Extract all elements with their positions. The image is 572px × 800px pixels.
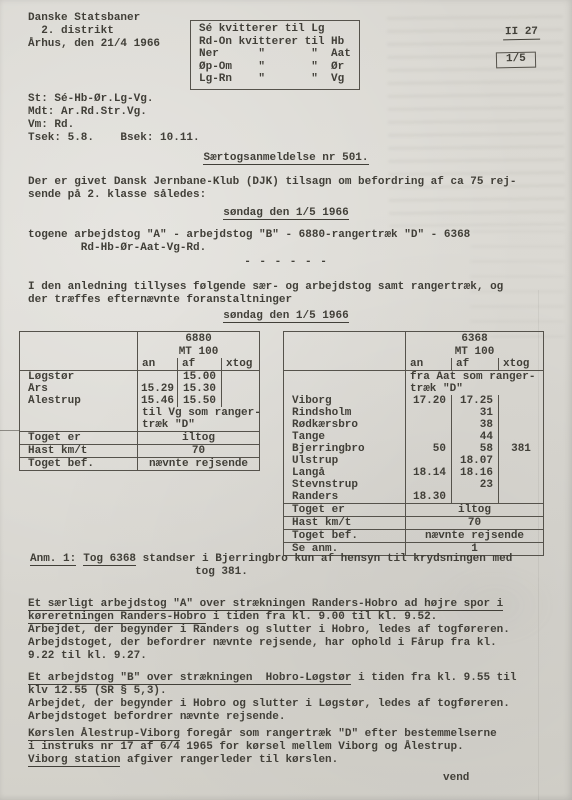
timetable-header-row: 6880 bbox=[20, 332, 260, 345]
column-header-xtog: xtog bbox=[222, 358, 260, 371]
timetable-row-station: Løgstør15.00 bbox=[20, 371, 260, 384]
station-name: Løgstør bbox=[20, 371, 138, 384]
timetable-row-station: Ålestrup15.4615.50 bbox=[20, 395, 260, 407]
train-unit: MT 100 bbox=[406, 345, 544, 358]
crossing-train bbox=[499, 395, 544, 407]
note-blank-cell bbox=[20, 419, 138, 432]
letterhead-district: 2. distrikt bbox=[28, 25, 160, 38]
timetable-row-meta: Toget eriltog bbox=[284, 504, 544, 517]
timetable-row-meta: Toget bef.nævnte rejsende bbox=[284, 530, 544, 543]
meta-value: nævnte rejsende bbox=[138, 458, 260, 471]
departure-time: 18.07 bbox=[452, 455, 499, 467]
timetable-row-note: træk "D" bbox=[284, 383, 544, 395]
station-name: Langå bbox=[284, 467, 406, 479]
intro-paragraph: Der er givet Dansk Jernbane-Klub (DJK) t… bbox=[28, 176, 516, 202]
column-header-an: an bbox=[406, 358, 452, 371]
timetable-row-note: træk "D" bbox=[20, 419, 260, 432]
meta-label: Toget er bbox=[284, 504, 406, 517]
paragraph-line: køreretningen Randers-Hobro i tiden fra … bbox=[28, 611, 510, 624]
crossing-train bbox=[222, 383, 260, 395]
paragraph-line: Et arbejdstog "B" over strækningen Hobro… bbox=[28, 672, 516, 685]
arrival-time: 15.29 bbox=[138, 383, 178, 395]
train-unit: MT 100 bbox=[138, 345, 260, 358]
train-list: togene arbejdstog "A" - arbejdstog "B" -… bbox=[28, 229, 470, 255]
departure-time: 15.30 bbox=[178, 383, 222, 395]
meta-value: iltog bbox=[406, 504, 544, 517]
doc-number-text: II 27 bbox=[503, 26, 540, 41]
underlined-text: Et arbejdstog "B" over strækningen Hobro… bbox=[28, 672, 351, 685]
timetable-row-station: Bjerringbro5058381 bbox=[284, 443, 544, 455]
letterhead-place-date: Århus, den 21/4 1966 bbox=[28, 38, 160, 51]
arrival-time: 50 bbox=[406, 443, 452, 455]
remark-line: Anm. 1:Tog 6368 standser i Bjerringbro k… bbox=[30, 553, 512, 566]
timetable-6880: 6880 MT 100 an af xtog Løgstør15.00Års15… bbox=[19, 331, 260, 471]
scan-artifact-line bbox=[0, 430, 19, 431]
crossing-train bbox=[499, 407, 544, 419]
date-heading: søndag den 1/5 1966 bbox=[0, 310, 572, 323]
page-number-text: 1/5 bbox=[506, 53, 526, 65]
header-blank-cell bbox=[284, 332, 406, 345]
receipt-line: Øp-Om " " Ør bbox=[199, 61, 351, 74]
timetable-row-note: fra Aat som ranger- bbox=[284, 371, 544, 384]
crossing-train bbox=[499, 479, 544, 491]
meta-value: 70 bbox=[138, 445, 260, 458]
underlined-text: Viborg station bbox=[28, 754, 120, 767]
arrival-time bbox=[406, 455, 452, 467]
timetable-row-station: Randers18.30 bbox=[284, 491, 544, 504]
timetable-column-row: an af xtog bbox=[284, 358, 544, 371]
departure-time: 31 bbox=[452, 407, 499, 419]
route-note: træk "D" bbox=[406, 383, 544, 395]
crossing-train bbox=[499, 431, 544, 443]
arrival-time: 18.14 bbox=[406, 467, 452, 479]
timetable-row-station: Års15.2915.30 bbox=[20, 383, 260, 395]
note-blank-cell bbox=[20, 407, 138, 419]
letterhead: Danske Statsbaner 2. distrikt Århus, den… bbox=[28, 12, 160, 51]
station-name: Ulstrup bbox=[284, 455, 406, 467]
station-name: Viborg bbox=[284, 395, 406, 407]
header-blank-cell bbox=[20, 358, 138, 371]
doc-number: II 27 bbox=[503, 26, 540, 40]
scanned-document-page: { "colors":{"paper":"#dad8d2","ink":"#41… bbox=[0, 0, 572, 800]
timetable-row-meta: Hast km/t70 bbox=[20, 445, 260, 458]
date-heading-text: søndag den 1/5 1966 bbox=[223, 310, 348, 323]
crossing-train bbox=[222, 371, 260, 384]
arrival-time bbox=[406, 407, 452, 419]
departure-time: 23 bbox=[452, 479, 499, 491]
paragraph-line: 9.22 til kl. 9.27. bbox=[28, 650, 510, 663]
departure-time: 15.50 bbox=[178, 395, 222, 407]
departure-time: 17.25 bbox=[452, 395, 499, 407]
announcement-paragraph: I den anledning tillyses følgende sær- o… bbox=[28, 281, 503, 307]
remark-line: tog 381. bbox=[30, 566, 512, 579]
date-heading-text: søndag den 1/5 1966 bbox=[223, 207, 348, 220]
underlined-text: køreretningen Randers-Hobro bbox=[28, 611, 206, 624]
paragraph-line: Viborg station afgiver rangerleder til k… bbox=[28, 754, 497, 767]
timetable-header-row: 6368 bbox=[284, 332, 544, 345]
column-header-an: an bbox=[138, 358, 178, 371]
underlined-text: Kørslen Ålestrup-Viborg bbox=[28, 728, 180, 741]
timetable-row-station: Viborg17.2017.25 bbox=[284, 395, 544, 407]
arrival-time bbox=[406, 431, 452, 443]
route-note: fra Aat som ranger- bbox=[406, 371, 544, 384]
departure-time: 58 bbox=[452, 443, 499, 455]
plain-text: i tiden fra kl. 9.55 til bbox=[351, 672, 516, 684]
timetable-row-station: Stevnstrup23 bbox=[284, 479, 544, 491]
note-blank-cell bbox=[284, 371, 406, 384]
paragraph-line: Arbejdstoget, der befordrer nævnte rejse… bbox=[28, 637, 510, 650]
shunting-paragraph: Kørslen Ålestrup-Viborg foregår som rang… bbox=[28, 728, 497, 767]
worktrain-a-paragraph: Et særligt arbejdstog "A" over strækning… bbox=[28, 598, 510, 663]
separator-dashes: - - - - - - bbox=[0, 256, 572, 269]
header-blank-cell bbox=[20, 332, 138, 345]
timetable-row-meta: Toget eriltog bbox=[20, 432, 260, 445]
header-blank-cell bbox=[284, 345, 406, 358]
footer-vend: vend bbox=[443, 772, 469, 785]
header-blank-cell bbox=[20, 345, 138, 358]
station-name: Tange bbox=[284, 431, 406, 443]
timetable-row-station: Ulstrup18.07 bbox=[284, 455, 544, 467]
crossing-train: 381 bbox=[499, 443, 544, 455]
timetable-column-row: an af xtog bbox=[20, 358, 260, 371]
codes-st: St: Sé-Hb-Ør.Lg-Vg. bbox=[28, 93, 200, 106]
meta-label: Hast km/t bbox=[284, 517, 406, 530]
codes-vm: Vm: Rd. bbox=[28, 119, 200, 132]
departure-time bbox=[452, 491, 499, 504]
worktrain-b-paragraph: Et arbejdstog "B" over strækningen Hobro… bbox=[28, 672, 516, 724]
remark-label: Anm. 1: bbox=[30, 553, 76, 566]
station-name: Rindsholm bbox=[284, 407, 406, 419]
receipt-line: Sé kvitterer til Lg bbox=[199, 23, 351, 36]
paragraph-line: klv 12.55 (SR § 5,3). bbox=[28, 685, 516, 698]
timetable-row-station: Langå18.1418.16 bbox=[284, 467, 544, 479]
codes-tsek-bsek: Tsek: 5.8. Bsek: 10.11. bbox=[28, 132, 200, 145]
receipt-line: Lg-Rn " " Vg bbox=[199, 73, 351, 86]
timetable-row-station: Rindsholm31 bbox=[284, 407, 544, 419]
paragraph-line: Kørslen Ålestrup-Viborg foregår som rang… bbox=[28, 728, 497, 741]
plain-text: i tiden fra kl. 9.00 til kl. 9.52. bbox=[206, 611, 437, 623]
train-number: 6368 bbox=[406, 332, 544, 345]
plain-text: foregår som rangertræk "D" efter bestemm… bbox=[180, 728, 497, 740]
arrival-time bbox=[406, 479, 452, 491]
underlined-text: Et særligt arbejdstog "A" over strækning… bbox=[28, 598, 503, 611]
crossing-train bbox=[222, 395, 260, 407]
column-header-af: af bbox=[178, 358, 222, 371]
letterhead-organisation: Danske Statsbaner bbox=[28, 12, 160, 25]
departure-time: 18.16 bbox=[452, 467, 499, 479]
plain-text: afgiver rangerleder til kørslen. bbox=[120, 754, 338, 766]
header-blank-cell bbox=[284, 358, 406, 371]
timetable-6368: 6368 MT 100 an af xtog fra Aat som range… bbox=[283, 331, 544, 556]
station-name: Ålestrup bbox=[20, 395, 138, 407]
arrival-time: 15.46 bbox=[138, 395, 178, 407]
arrival-time: 17.20 bbox=[406, 395, 452, 407]
date-heading: søndag den 1/5 1966 bbox=[0, 207, 572, 220]
station-name: Rødkærsbro bbox=[284, 419, 406, 431]
crossing-train bbox=[499, 491, 544, 504]
receipt-line: Rd-On kvitterer til Hb bbox=[199, 36, 351, 49]
timetable-row-meta: Hast km/t70 bbox=[284, 517, 544, 530]
meta-label: Hast km/t bbox=[20, 445, 138, 458]
timetable-row-meta: Toget bef.nævnte rejsende bbox=[20, 458, 260, 471]
meta-label: Toget bef. bbox=[20, 458, 138, 471]
remark-1: Anm. 1:Tog 6368 standser i Bjerringbro k… bbox=[30, 553, 512, 579]
doc-title: Særtogsanmeldelse nr 501. bbox=[0, 152, 572, 165]
station-name: Randers bbox=[284, 491, 406, 504]
paragraph-line: i instruks nr 17 af 6/4 1965 for kørsel … bbox=[28, 741, 497, 754]
crossing-train bbox=[499, 455, 544, 467]
arrival-time bbox=[138, 371, 178, 384]
meta-value: iltog bbox=[138, 432, 260, 445]
receipt-line: Ner " " Aat bbox=[199, 48, 351, 61]
departure-time: 38 bbox=[452, 419, 499, 431]
departure-time: 15.00 bbox=[178, 371, 222, 384]
timetable-header-row: MT 100 bbox=[20, 345, 260, 358]
station-name: Års bbox=[20, 383, 138, 395]
timetable-row-note: til Vg som ranger- bbox=[20, 407, 260, 419]
column-header-af: af bbox=[452, 358, 499, 371]
paragraph-line: Arbejdet, der begynder i Hobro og slutte… bbox=[28, 698, 516, 711]
paragraph-line: Arbejdet, der begynder i Randers og slut… bbox=[28, 624, 510, 637]
station-codes: St: Sé-Hb-Ør.Lg-Vg. Mdt: Ar.Rd.Str.Vg. V… bbox=[28, 93, 200, 145]
meta-label: Toget er bbox=[20, 432, 138, 445]
train-number: 6880 bbox=[138, 332, 260, 345]
doc-title-text: Særtogsanmeldelse nr 501. bbox=[203, 152, 368, 165]
page-number: 1/5 bbox=[496, 52, 536, 69]
meta-value: 70 bbox=[406, 517, 544, 530]
arrival-time bbox=[406, 419, 452, 431]
codes-mdt: Mdt: Ar.Rd.Str.Vg. bbox=[28, 106, 200, 119]
receipt-box: Sé kvitterer til Lg Rd-On kvitterer til … bbox=[190, 20, 360, 90]
station-name: Stevnstrup bbox=[284, 479, 406, 491]
station-name: Bjerringbro bbox=[284, 443, 406, 455]
crossing-train bbox=[499, 419, 544, 431]
column-header-xtog: xtog bbox=[499, 358, 544, 371]
paragraph-line: Et særligt arbejdstog "A" over strækning… bbox=[28, 598, 510, 611]
departure-time: 44 bbox=[452, 431, 499, 443]
crossing-train bbox=[499, 467, 544, 479]
meta-label: Toget bef. bbox=[284, 530, 406, 543]
note-blank-cell bbox=[284, 383, 406, 395]
remark-train-ref: Tog 6368 bbox=[83, 553, 136, 566]
timetable-header-row: MT 100 bbox=[284, 345, 544, 358]
meta-value: nævnte rejsende bbox=[406, 530, 544, 543]
timetable-row-station: Rødkærsbro38 bbox=[284, 419, 544, 431]
paragraph-line: Arbejdstoget befordrer nævnte rejsende. bbox=[28, 711, 516, 724]
timetable-row-station: Tange44 bbox=[284, 431, 544, 443]
route-note: til Vg som ranger- bbox=[138, 407, 260, 419]
arrival-time: 18.30 bbox=[406, 491, 452, 504]
remark-text: standser i Bjerringbro kun af hensyn til… bbox=[136, 553, 512, 565]
route-note: træk "D" bbox=[138, 419, 260, 432]
